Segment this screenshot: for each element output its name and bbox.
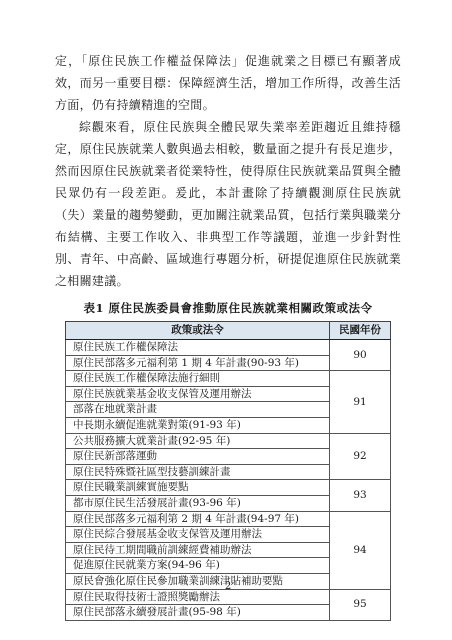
column-header-year: 民國年份 bbox=[330, 322, 391, 340]
column-header-policy: 政策或法令 bbox=[66, 322, 330, 340]
table-row: 原住民族工作權保障法90 bbox=[66, 340, 391, 356]
table-row: 原住民族工作權保障法施行細則91 bbox=[66, 371, 391, 387]
policy-cell: 原住民職業訓練實施要點 bbox=[66, 480, 330, 496]
policy-cell: 原住民部落永續發展計畫(95-98 年) bbox=[66, 605, 330, 621]
year-cell: 94 bbox=[330, 511, 391, 589]
table-header-row: 政策或法令 民國年份 bbox=[66, 322, 391, 340]
policy-cell: 原住民部落多元福利第 1 期 4 年計畫(90-93 年) bbox=[66, 355, 330, 371]
policy-table: 政策或法令 民國年份 原住民族工作權保障法90原住民部落多元福利第 1 期 4 … bbox=[65, 321, 391, 621]
policy-cell: 中長期永續促進就業對策(91-93 年) bbox=[66, 417, 330, 433]
table-row: 原住民職業訓練實施要點93 bbox=[66, 480, 391, 496]
year-cell: 92 bbox=[330, 433, 391, 480]
policy-cell: 原住民部落多元福利第 2 期 4 年計畫(94-97 年) bbox=[66, 511, 330, 527]
table-row: 原住民部落多元福利第 2 期 4 年計畫(94-97 年)94 bbox=[66, 511, 391, 527]
policy-cell: 促進原住民就業方案(94-96 年) bbox=[66, 558, 330, 574]
policy-cell: 公共服務擴大就業計畫(92-95 年) bbox=[66, 433, 330, 449]
year-cell: 95 bbox=[330, 589, 391, 620]
policy-cell: 原住民待工期間職前訓練經費補助辦法 bbox=[66, 542, 330, 558]
page-content: 定，「原住民族工作權益保障法」促進就業之目標已有顯著成效，而另一重要目標：保障經… bbox=[55, 50, 401, 621]
year-cell: 91 bbox=[330, 371, 391, 433]
policy-cell: 原住民特殊暨社區型技藝訓練計畫 bbox=[66, 464, 330, 480]
paragraph-continuation: 定，「原住民族工作權益保障法」促進就業之目標已有顯著成效，而另一重要目標：保障經… bbox=[55, 50, 401, 116]
policy-cell: 原住民族工作權保障法施行細則 bbox=[66, 371, 330, 387]
policy-cell: 原住民綜合發展基金收支保管及運用辦法 bbox=[66, 527, 330, 543]
policy-cell: 原住民族工作權保障法 bbox=[66, 340, 330, 356]
policy-cell: 部落在地就業計畫 bbox=[66, 402, 330, 418]
table-title: 表1 原住民族委員會推動原住民族就業相關政策或法令 bbox=[55, 300, 401, 316]
paragraph-overview: 綜觀來看，原住民族與全體民眾失業率差距趨近且維持穩定，原住民族就業人數與過去相較… bbox=[55, 116, 401, 292]
policy-cell: 原住民族就業基金收支保管及運用辦法 bbox=[66, 386, 330, 402]
year-cell: 90 bbox=[330, 340, 391, 371]
table-row: 公共服務擴大就業計畫(92-95 年)92 bbox=[66, 433, 391, 449]
policy-cell: 原住民新部落運動 bbox=[66, 449, 330, 465]
page-number: 2 bbox=[55, 581, 401, 592]
policy-cell: 都市原住民生活發展計畫(93-96 年) bbox=[66, 495, 330, 511]
document-page: { "page": { "paragraphs": [ "定，「原住民族工作權益… bbox=[0, 0, 452, 640]
year-cell: 93 bbox=[330, 480, 391, 511]
